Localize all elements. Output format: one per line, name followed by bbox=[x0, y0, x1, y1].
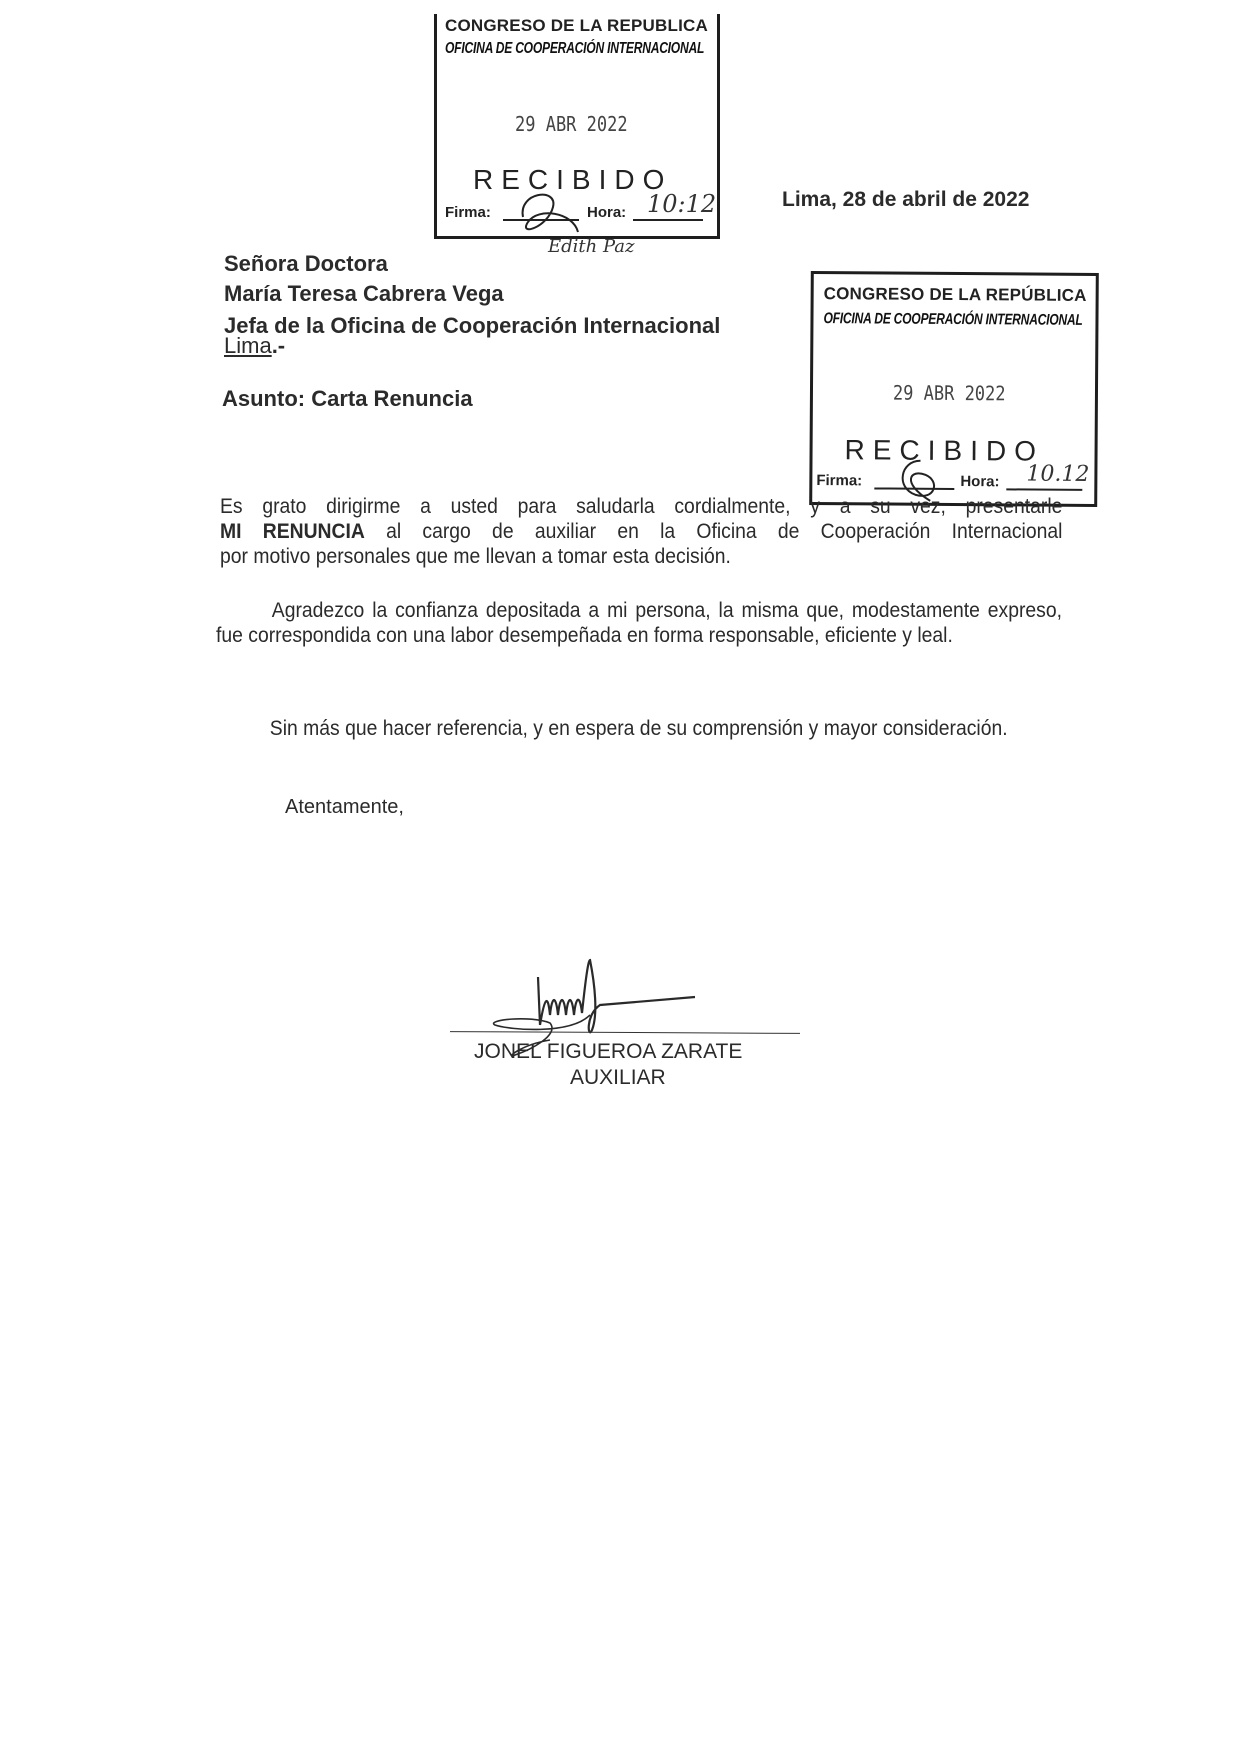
recipient-city-line: Lima.- bbox=[224, 333, 285, 359]
stamp-office: OFICINA DE COOPERACIÓN INTERNACIONAL bbox=[445, 40, 704, 58]
stamp-date: 29 ABR 2022 bbox=[515, 112, 628, 136]
handwritten-initials-icon bbox=[513, 182, 583, 242]
stamp-hora-blank bbox=[633, 219, 703, 221]
recipient-salutation: Señora Doctora bbox=[224, 251, 388, 277]
body-p1-line1: Es grato dirigirme a usted para saludarl… bbox=[220, 494, 1062, 519]
recipient-city: Lima bbox=[224, 333, 272, 358]
received-stamp-top: CONGRESO DE LA REPUBLICA OFICINA DE COOP… bbox=[434, 14, 720, 239]
stamp-hora-label: Hora: bbox=[960, 473, 999, 490]
stamp-firma-label: Firma: bbox=[445, 204, 491, 221]
recipient-name: María Teresa Cabrera Vega bbox=[224, 281, 504, 307]
letter-place-date: Lima, 28 de abril de 2022 bbox=[782, 188, 1029, 212]
body-paragraph-1: Es grato dirigirme a usted para saludarl… bbox=[220, 494, 1062, 569]
body-paragraph-2: Agradezco la confianza depositada a mi p… bbox=[216, 598, 1062, 648]
resignation-emphasis: MI RENUNCIA bbox=[220, 519, 365, 543]
body-p3: Sin más que hacer referencia, y en esper… bbox=[214, 716, 1062, 741]
body-p1-line3: por motivo personales que me llevan a to… bbox=[220, 544, 1062, 569]
body-p2: Agradezco la confianza depositada a mi p… bbox=[216, 598, 1062, 648]
body-p2-text: Agradezco la confianza depositada a mi p… bbox=[216, 598, 1062, 647]
signer-name: JONEL FIGUEROA ZARATE bbox=[474, 1040, 742, 1064]
recipient-title: Jefa de la Oficina de Cooperación Intern… bbox=[224, 313, 720, 339]
recipient-city-suffix: .- bbox=[272, 333, 285, 358]
stamp-hora-blank bbox=[1006, 488, 1082, 491]
signer-position: AUXILIAR bbox=[570, 1066, 666, 1090]
handwritten-receiver-name: Edith Paz bbox=[548, 236, 634, 257]
stamp-office: OFICINA DE COOPERACIÓN INTERNACIONAL bbox=[823, 310, 1082, 330]
stamp-institution: CONGRESO DE LA REPÚBLICA bbox=[824, 284, 1087, 306]
stamp-hora-label: Hora: bbox=[587, 204, 626, 221]
stamp-firma-label: Firma: bbox=[816, 472, 862, 489]
body-p3-text: Sin más que hacer referencia, y en esper… bbox=[270, 716, 1008, 740]
stamp-institution: CONGRESO DE LA REPUBLICA bbox=[445, 16, 708, 36]
body-paragraph-3: Sin más que hacer referencia, y en esper… bbox=[214, 716, 1062, 741]
letter-subject: Asunto: Carta Renuncia bbox=[222, 386, 473, 412]
received-stamp-right: CONGRESO DE LA REPÚBLICA OFICINA DE COOP… bbox=[809, 271, 1099, 507]
stamp-date: 29 ABR 2022 bbox=[893, 381, 1006, 406]
body-p1-line2: MI RENUNCIA al cargo de auxiliar en la O… bbox=[220, 519, 1062, 544]
stamp-hora-value: 10:12 bbox=[647, 190, 716, 218]
letter-closing: Atentamente, bbox=[285, 796, 404, 819]
body-p1-line2-rest: al cargo de auxiliar en la Oficina de Co… bbox=[365, 519, 1063, 543]
stamp-hora-value: 10.12 bbox=[1026, 462, 1089, 487]
